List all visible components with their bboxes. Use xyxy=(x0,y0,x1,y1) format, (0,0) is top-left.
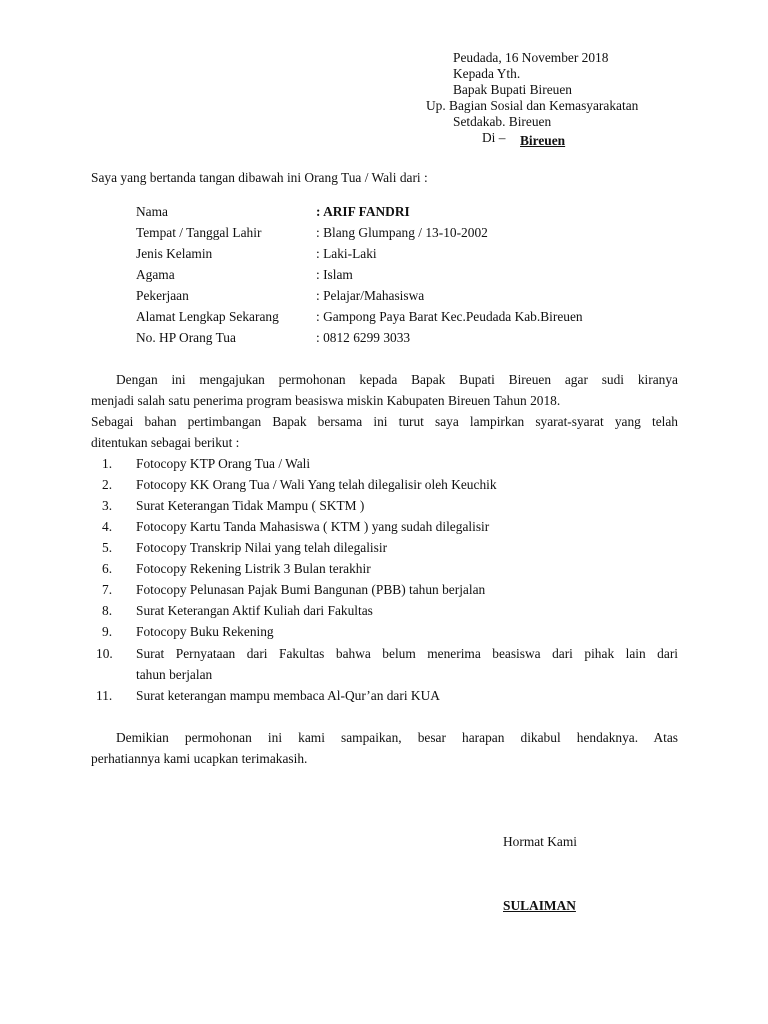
recipient: Bapak Bupati Bireuen xyxy=(453,82,572,98)
di-label: Di – xyxy=(482,130,505,146)
list-item: Fotocopy KK Orang Tua / Wali Yang telah … xyxy=(136,477,497,493)
identity-value: : 0812 6299 3033 xyxy=(316,330,410,346)
closing-line2: perhatiannya kami ucapkan terimakasih. xyxy=(91,751,307,767)
list-number: 9. xyxy=(102,624,112,640)
list-number: 2. xyxy=(102,477,112,493)
list-number: 6. xyxy=(102,561,112,577)
paragraph-attachments-line2: ditentukan sebagai berikut : xyxy=(91,435,239,451)
list-number: 4. xyxy=(102,519,112,535)
identity-value: : Laki-Laki xyxy=(316,246,377,262)
list-item-continuation: tahun berjalan xyxy=(136,667,212,683)
list-item: Fotocopy KTP Orang Tua / Wali xyxy=(136,456,310,472)
identity-value: : ARIF FANDRI xyxy=(316,204,410,220)
office: Setdakab. Bireuen xyxy=(453,114,551,130)
city: Bireuen xyxy=(520,133,565,149)
list-number: 1. xyxy=(102,456,112,472)
list-number: 7. xyxy=(102,582,112,598)
intro-text: Saya yang bertanda tangan dibawah ini Or… xyxy=(91,170,428,186)
identity-value: : Blang Glumpang / 13-10-2002 xyxy=(316,225,488,241)
list-number: 5. xyxy=(102,540,112,556)
identity-label: Alamat Lengkap Sekarang xyxy=(136,309,279,325)
list-item: Surat Keterangan Aktif Kuliah dari Fakul… xyxy=(136,603,373,619)
identity-value: : Pelajar/Mahasiswa xyxy=(316,288,424,304)
identity-label: Nama xyxy=(136,204,168,220)
list-item: Fotocopy Buku Rekening xyxy=(136,624,274,640)
paragraph-attachments-line1: Sebagai bahan pertimbangan Bapak bersama… xyxy=(91,414,678,430)
identity-value: : Gampong Paya Barat Kec.Peudada Kab.Bir… xyxy=(316,309,583,325)
list-item: Surat Keterangan Tidak Mampu ( SKTM ) xyxy=(136,498,364,514)
list-number: 3. xyxy=(102,498,112,514)
list-item: Surat keterangan mampu membaca Al-Qur’an… xyxy=(136,688,440,704)
attention-line: Up. Bagian Sosial dan Kemasyarakatan xyxy=(426,98,638,114)
list-item: Fotocopy Transkrip Nilai yang telah dile… xyxy=(136,540,387,556)
paragraph-request-line2: menjadi salah satu penerima program beas… xyxy=(91,393,560,409)
signatory-name: SULAIMAN xyxy=(503,898,576,914)
closing-line1: Demikian permohonan ini kami sampaikan, … xyxy=(116,730,678,746)
identity-value: : Islam xyxy=(316,267,353,283)
place-date: Peudada, 16 November 2018 xyxy=(453,50,608,66)
identity-label: Agama xyxy=(136,267,175,283)
list-item: Fotocopy Kartu Tanda Mahasiswa ( KTM ) y… xyxy=(136,519,489,535)
identity-label: Tempat / Tanggal Lahir xyxy=(136,225,261,241)
paragraph-request-line1: Dengan ini mengajukan permohonan kepada … xyxy=(116,372,678,388)
to-label: Kepada Yth. xyxy=(453,66,520,82)
salutation: Hormat Kami xyxy=(503,834,577,850)
list-number: 11. xyxy=(96,688,112,704)
list-number: 10. xyxy=(96,646,113,662)
identity-label: Jenis Kelamin xyxy=(136,246,212,262)
list-item: Fotocopy Rekening Listrik 3 Bulan terakh… xyxy=(136,561,371,577)
list-item: Fotocopy Pelunasan Pajak Bumi Bangunan (… xyxy=(136,582,485,598)
identity-label: Pekerjaan xyxy=(136,288,189,304)
list-number: 8. xyxy=(102,603,112,619)
identity-label: No. HP Orang Tua xyxy=(136,330,236,346)
list-item: Surat Pernyataan dari Fakultas bahwa bel… xyxy=(136,646,678,662)
